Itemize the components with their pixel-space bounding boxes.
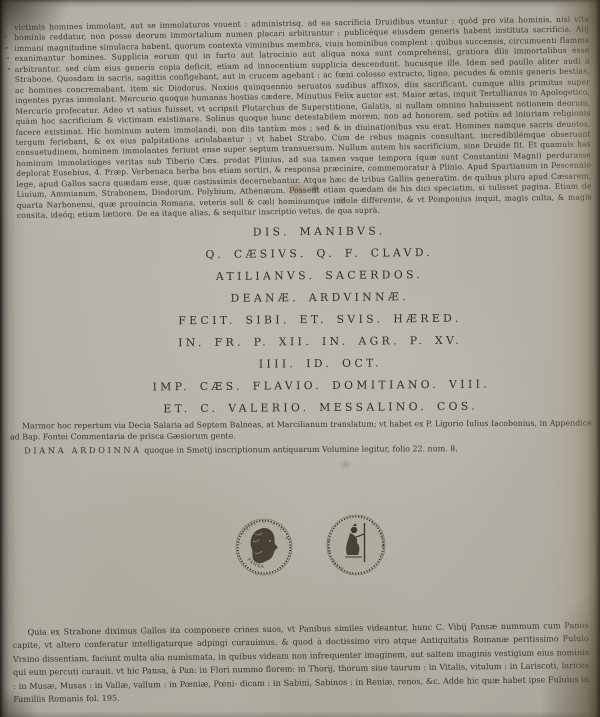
margin-quote-mark: „ [3,31,8,38]
inscription-line: ATILIANVS. SACERDOS. [152,264,488,289]
inscription-line: IMP. CÆS. FLAVIO. DOMITIANO. VIII. [152,374,488,399]
eye-dot [269,540,271,542]
inscription-line: DEANÆ. ARDVINNÆ. [152,286,488,311]
margin-quote-mark: „ [7,62,12,69]
inscription-line: Q. CÆSIVS. Q. F. CLAVD. [151,242,487,267]
note-diana-rest: quoque in Smetij inscriptionum antiquaru… [142,444,458,455]
main-text-paragraph: victimis homines immolant, aut se immola… [14,14,592,221]
margin-quote-marks: „„„„ [3,31,12,70]
inscription-line: FECIT. SIBI. ET. SVIS. HÆRED. [152,308,488,333]
note-marmor: Marmor hoc repertum via Decia Salaria ad… [10,417,592,443]
inscription-line: ET. C. VALERIO. MESSALINO. COS. [153,396,489,421]
inscription-line: DIS. MANIBVS. [151,220,487,245]
ink-stain [340,460,351,469]
coin-pansa-reverse: IOVIS · AXVR C · VIBIVS · C · F [327,515,385,575]
coin-engravings: · C · VIBIVS · C · F · C · N · PANSA IOV… [0,495,600,615]
editorial-note: Marmor hoc repertum via Decia Salaria ad… [10,417,592,456]
latin-inscription-block: DIS. MANIBVS.Q. CÆSIVS. Q. F. CLAVD.ATIL… [151,220,489,421]
commentary-paragraph: Quia ex Strabone diximus Gallos ita comp… [13,619,590,706]
coin-pansa-obverse: · C · VIBIVS · C · F · C · N · PANSA [236,519,292,575]
book-page-scan: „„„„ victimis homines immolant, aut se i… [0,0,600,717]
inscription-line: IIII. ID. OCT. [152,352,488,377]
note-diana-lead: DIANA ARDOINNA [24,444,142,455]
margin-quote-mark: „ [4,41,9,48]
note-diana: DIANA ARDOINNA quoque in Smetij inscript… [10,442,592,456]
inscription-line: IN. FR. P. XII. IN. AGR. P. XV. [152,330,488,355]
margin-quote-mark: „ [5,52,10,59]
